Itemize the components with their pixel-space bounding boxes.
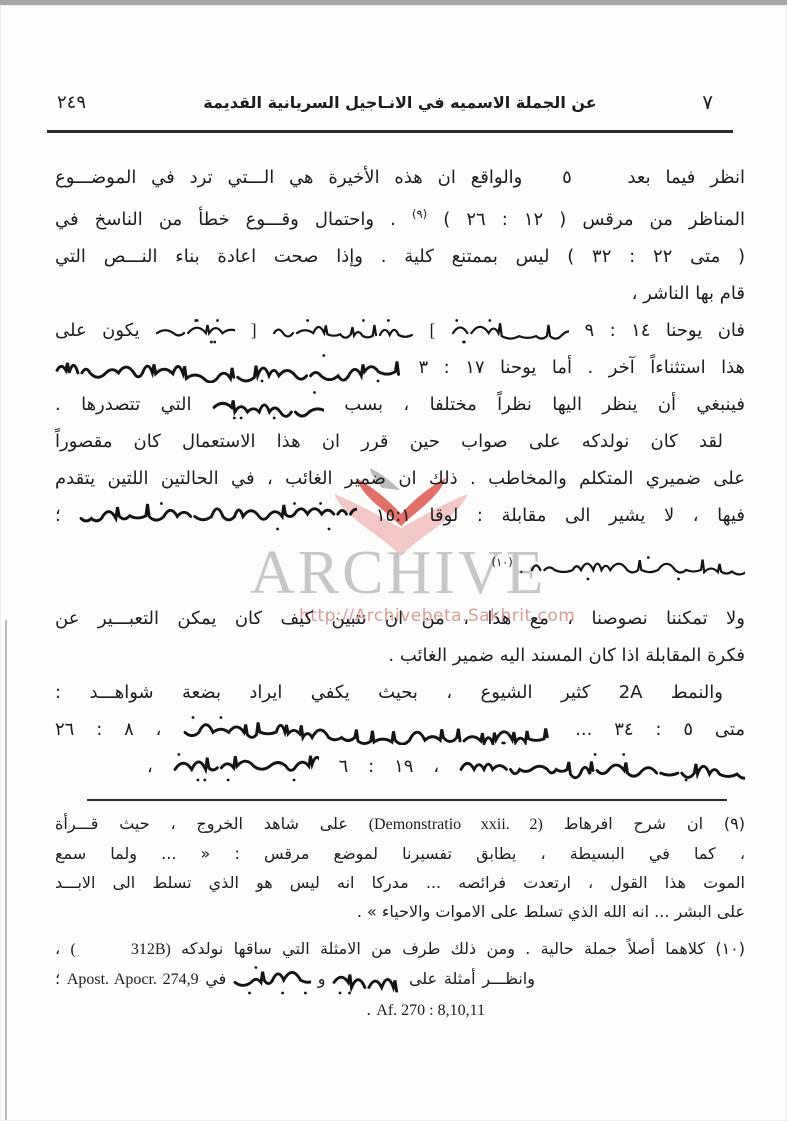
page-header: ٢٤٩ عن الجملة الاسميه في الانـاجيل السري… xyxy=(55,88,745,128)
header-title: عن الجملة الاسميه في الانـاجيل السريانية… xyxy=(203,93,596,112)
arabic-run: المناظر من مرقس ( ١٢ : ٢٦ ) xyxy=(443,209,745,230)
arabic-run: ، ١٩ : ٦ xyxy=(339,756,440,777)
latin-run: (Demonstratio xxii. 2) xyxy=(369,816,543,833)
latin-run: ] xyxy=(251,320,257,340)
text-line: على ضميري المتكلم والمخاطب . ذلك ان ضمير… xyxy=(55,460,745,497)
arabic-run: (١٠) كلاهما أصلاً جملة حالية . ومن ذلك ط… xyxy=(181,939,745,958)
text-line: الموت هذا القول ، ارتعدت فرائصه ... مدرك… xyxy=(55,868,745,897)
footnotes-rule xyxy=(87,799,727,801)
arabic-run: ، ٨ : ٢٦ xyxy=(55,719,161,740)
text-line: (١٠) كلاهما أصلاً جملة حالية . ومن ذلك ط… xyxy=(55,934,745,964)
folio-number: ٧ xyxy=(702,90,713,114)
latin-run: (312B) xyxy=(71,941,171,958)
arabic-run: التي تتصدرها . xyxy=(55,394,192,415)
syriac-handwriting xyxy=(459,752,745,782)
text-line: هذا استثناءاً آخر . أما يوحنا ١٧ : ٣ xyxy=(55,349,745,386)
arabic-run: . xyxy=(519,557,525,578)
text-line: على البشر ... انه الله الذي تسلط على الا… xyxy=(55,897,745,926)
typeset-gap xyxy=(587,182,613,183)
scanned-page: ARCHIVE http://Archivebeta.Sakhrit.com ٢… xyxy=(0,0,787,1121)
arabic-run: ، كما في البسيطة ، يطابق تفسيرنا لموضع م… xyxy=(55,844,745,863)
text-line: فينبغي أن ينظر اليها نظراً مختلفا ، بسب … xyxy=(55,386,745,423)
syriac-handwriting xyxy=(272,318,414,344)
arabic-run: ولا تمكننا نصوصنا ، مع هذا ، من ان نتبين… xyxy=(55,608,745,629)
text-line: لقد كان نولدكه على صواب حين قرر ان هذا ا… xyxy=(55,423,745,460)
footnotes: (٩) ان شرح افرهاط (Demonstratio xxii. 2)… xyxy=(55,809,745,1025)
text-line: قام بها الناشر ، xyxy=(55,275,745,312)
arabic-run: هذا استثناءاً آخر . أما يوحنا ١٧ : ٣ xyxy=(419,357,746,378)
syriac-handwriting xyxy=(212,390,324,420)
text-line: (٩) ان شرح افرهاط (Demonstratio xxii. 2)… xyxy=(55,809,745,839)
latin-run: [ xyxy=(430,320,436,340)
arabic-run: على شاهد الخروج ، حيث قـــرأة xyxy=(55,814,348,833)
text-line: متى ٥ : ٣٤ ... ، ٨ : ٢٦ xyxy=(55,711,745,748)
arabic-run: الموت هذا القول ، ارتعدت فرائصه ... مدرك… xyxy=(55,873,745,892)
arabic-run: قام بها الناشر ، xyxy=(632,283,745,304)
arabic-run: (٩) ان شرح افرهاط xyxy=(564,814,745,833)
typeset-gap xyxy=(537,182,547,183)
text-line: انظر فيما بعد ٥ والواقع ان هذه الأخيرة ه… xyxy=(55,159,745,196)
arabic-run: . واحتمال وقـــوع خطأ من الناسخ في xyxy=(55,209,396,230)
text-line: Af. 270 : 8,10,11 . xyxy=(55,995,745,1025)
arabic-run: لقد كان نولدكه على صواب حين قرر ان هذا ا… xyxy=(55,431,723,452)
text-line: وانظـــر أمثلة على و في Apost. Apocr. 27… xyxy=(55,964,745,995)
arabic-run: ؛ xyxy=(55,505,61,526)
latin-run: Af. 270 : 8,10,11 xyxy=(376,1002,485,1019)
arabic-run: و xyxy=(318,969,326,988)
text-line: ، كما في البسيطة ، يطابق تفسيرنا لموضع م… xyxy=(55,839,745,868)
arabic-run: والنمط 2A كثير الشيوع ، بحيث يكفي ايراد … xyxy=(55,682,723,703)
arabic-run: فيها ، لا يشير الى مقابلة : لوقا ١٥:١ xyxy=(376,505,745,526)
text-line: ( متى ٢٢ : ٣٢ ) ليس بممتنع كلية . وإذا ص… xyxy=(55,238,745,275)
syriac-handwriting xyxy=(530,555,745,581)
arabic-run: متى ٥ : ٣٤ ... xyxy=(575,719,745,740)
page-number: ٢٤٩ xyxy=(57,92,86,113)
text-line: فكرة المقابلة اذا كان المسند اليه ضمير ا… xyxy=(55,637,745,674)
arabic-run: فكرة المقابلة اذا كان المسند اليه ضمير ا… xyxy=(388,645,745,666)
arabic-run: في xyxy=(205,969,226,988)
syriac-handwriting xyxy=(183,715,553,745)
syriac-handwriting xyxy=(79,501,357,531)
text-line: ولا تمكننا نصوصنا ، مع هذا ، من ان نتبين… xyxy=(55,600,745,637)
syriac-handwriting xyxy=(451,318,569,344)
arabic-run: ٥ xyxy=(562,167,572,188)
syriac-handwriting xyxy=(332,965,402,995)
text-line: فيها ، لا يشير الى مقابلة : لوقا ١٥:١ ؛ xyxy=(55,497,745,534)
text-line: والنمط 2A كثير الشيوع ، بحيث يكفي ايراد … xyxy=(55,674,745,711)
syriac-handwriting xyxy=(155,318,235,344)
text-line: فان يوحنا ١٤ : ٩ [ ] يكون على xyxy=(55,312,745,349)
arabic-run: على ضميري المتكلم والمخاطب . ذلك ان ضمير… xyxy=(55,468,745,489)
arabic-run: فينبغي أن ينظر اليها نظراً مختلفا ، بسب xyxy=(344,394,745,415)
latin-run: Apost. Apocr. 274,9 xyxy=(67,971,199,988)
arabic-run: . xyxy=(366,1000,371,1019)
syriac-handwriting xyxy=(55,353,403,383)
arabic-run: والواقع ان هذه الأخيرة هي الـــتي ترد في… xyxy=(55,167,522,188)
arabic-run: ( متى ٢٢ : ٣٢ ) ليس بممتنع كلية . وإذا ص… xyxy=(55,246,745,267)
arabic-run: ، xyxy=(55,939,60,958)
body-text: انظر فيما بعد ٥ والواقع ان هذه الأخيرة ه… xyxy=(55,159,745,785)
syriac-handwriting xyxy=(233,965,311,995)
page-content: ٢٤٩ عن الجملة الاسميه في الانـاجيل السري… xyxy=(55,88,745,1025)
arabic-run: فان يوحنا ١٤ : ٩ xyxy=(584,320,745,341)
header-rule xyxy=(47,130,733,133)
text-line: . (١٠) xyxy=(55,544,745,586)
arabic-run: وانظـــر أمثلة على xyxy=(409,969,535,988)
arabic-run: يكون على xyxy=(55,320,140,341)
arabic-run: على البشر ... انه الله الذي تسلط على الا… xyxy=(357,902,745,921)
typeset-gap xyxy=(76,953,131,954)
footnote-marker: (١٠) xyxy=(491,555,512,569)
arabic-run: ؛ xyxy=(55,969,60,988)
footnote-marker: (٩) xyxy=(412,207,427,221)
syriac-handwriting xyxy=(173,752,319,782)
arabic-run: انظر فيما بعد xyxy=(627,167,744,188)
text-line: المناظر من مرقس ( ١٢ : ٢٦ ) (٩) . واحتما… xyxy=(55,196,745,238)
arabic-run: ، xyxy=(147,756,153,777)
text-line: ، ١٩ : ٦ ، xyxy=(55,748,745,785)
